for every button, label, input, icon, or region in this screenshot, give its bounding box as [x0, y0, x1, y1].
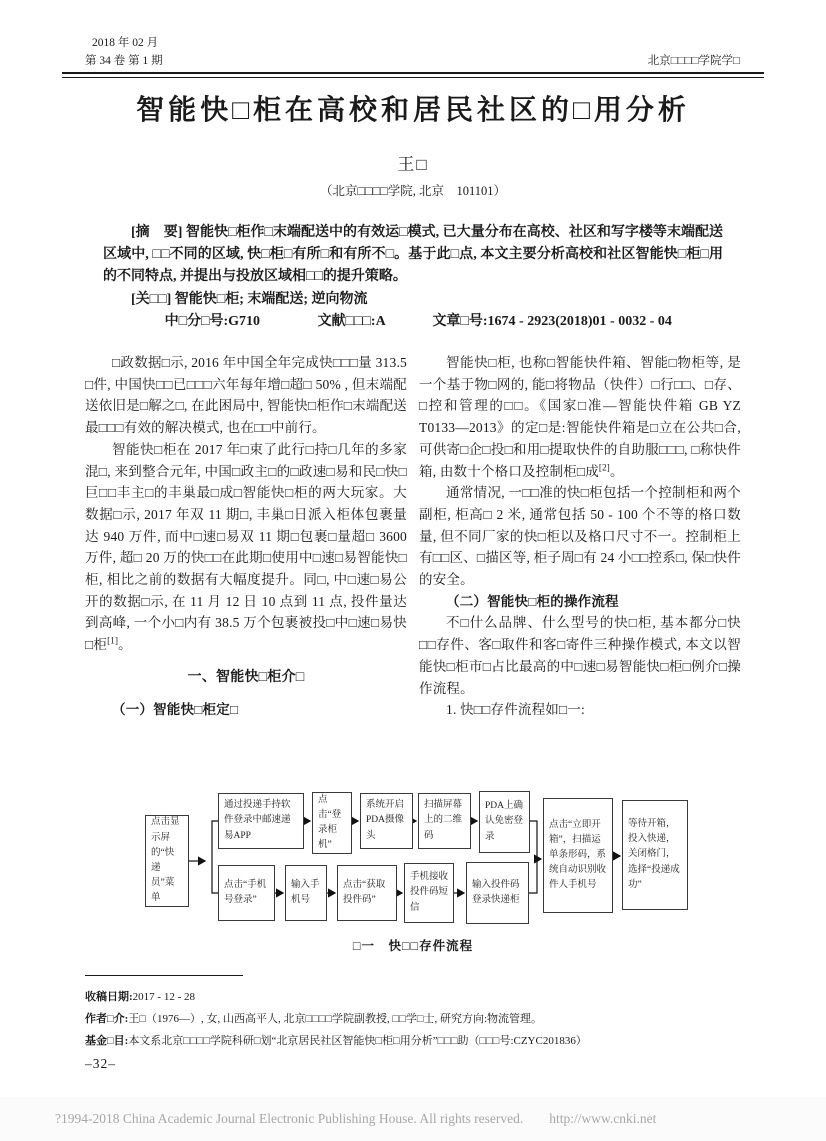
abstract-text: 智能快□柜作□末端配送中的有效运□模式, 已大量分布在高校、社区和写字楼等末端配… — [103, 225, 723, 284]
author-affiliation: （北京□□□□学院, 北京 101101） — [0, 181, 826, 199]
flowchart-box-end: 等待开箱，投入快递，关闭格门，选择“投递成功” — [622, 800, 688, 910]
abstract-label: [摘 要] — [131, 225, 182, 240]
copyright-text: ?1994-2018 China Academic Journal Electr… — [55, 1111, 523, 1126]
paragraph: 智能快□柜, 也称□智能快件箱、智能□物柜等, 是一个基于物□网的, 能□将物品… — [419, 352, 741, 482]
paragraph-text: 智能快□柜在 2017 年□束了此行□持□几年的多家混□, 来到整合元年, 中国… — [85, 442, 407, 652]
abstract-block: [摘 要] 智能快□柜作□末端配送中的有效运□模式, 已大量分布在高校、社区和写… — [103, 222, 723, 333]
flowchart-box-bottom-2: 输入手机号 — [285, 865, 327, 921]
footnote-fund-label: 基金□目: — [85, 1035, 128, 1047]
section-heading-1: 一、智能快□柜介□ — [85, 667, 407, 689]
footnote-received-label: 收稿日期: — [85, 991, 133, 1003]
header-double-rule — [62, 72, 764, 78]
paragraph-text: 。 — [118, 637, 132, 652]
keywords-paragraph: [关□□] 智能快□柜; 末端配送; 逆向物流 — [103, 289, 723, 311]
copyright-line: ?1994-2018 China Academic Journal Electr… — [55, 1111, 656, 1127]
page-number: –32– — [85, 1056, 116, 1072]
header-date: 2018 年 02 月 — [85, 34, 163, 52]
paragraph-text: 智能快□柜, 也称□智能快件箱、智能□物柜等, 是一个基于物□网的, 能□将物品… — [419, 355, 741, 479]
footnote-author: 作者□介:王□（1976—）, 女, 山西高平人, 北京□□□□学院副教授, □… — [85, 1008, 745, 1030]
abstract-paragraph: [摘 要] 智能快□柜作□末端配送中的有效运□模式, 已大量分布在高校、社区和写… — [103, 222, 723, 288]
flowchart-box-top-2: 点击“登录柜机” — [312, 792, 352, 854]
footnote-author-label: 作者□介: — [85, 1013, 128, 1025]
footnote-block: 收稿日期:2017 - 12 - 28 作者□介:王□（1976—）, 女, 山… — [85, 986, 745, 1052]
paragraph: 不□什么品牌、什么型号的快□柜, 基本都分□快□□存件、客□取件和客□寄件三种操… — [419, 612, 741, 699]
flowchart-box-bottom-1: 点击“手机号登录” — [218, 865, 275, 921]
copyright-url: http://www.cnki.net — [549, 1111, 656, 1126]
flowchart-box-bottom-3: 点击“获取投件码” — [337, 865, 397, 921]
left-column: □政数据□示, 2016 年中国全年完成快□□□量 313.5 □件, 中国快□… — [85, 352, 407, 720]
flowchart-box-top-3: 系统开启PDA摄像头 — [360, 793, 413, 849]
subsection-heading-1-1: （一）智能快□柜定□ — [85, 699, 407, 721]
footnote-fund-value: 本文系北京□□□□学院科研□划“北京居民社区智能快□柜□用分析”□□□助（□□□… — [128, 1035, 587, 1047]
header-left: 2018 年 02 月 第 34 卷 第 1 期 — [85, 34, 163, 70]
footnote-rule — [85, 975, 243, 976]
document-code: 文献□□□:A — [318, 314, 385, 329]
paragraph: 通常情况, 一□□准的快□柜包括一个控制柜和两个副柜, 柜高□ 2 米, 通常包… — [419, 482, 741, 591]
journal-page: 2018 年 02 月 第 34 卷 第 1 期 北京□□□□学院学□ 智能快□… — [0, 0, 826, 1141]
flowchart-box-start: 点击显示屏的“快递员”菜单 — [145, 815, 189, 907]
footnote-received-value: 2017 - 12 - 28 — [133, 991, 195, 1003]
citation-ref: [2] — [599, 462, 610, 472]
footnote-fund: 基金□目:本文系北京□□□□学院科研□划“北京居民社区智能快□柜□用分析”□□□… — [85, 1030, 745, 1052]
classification-line: 中□分□号:G710 文献□□□:A 文章□号:1674 - 2923(2018… — [103, 311, 723, 333]
paragraph: □政数据□示, 2016 年中国全年完成快□□□量 313.5 □件, 中国快□… — [85, 352, 407, 439]
author-name: 王□ — [0, 150, 826, 175]
paragraph-text: 。 — [610, 464, 624, 479]
copyright-strip: ?1994-2018 China Academic Journal Electr… — [0, 1097, 826, 1141]
subsection-heading-1-2: （二）智能快□柜的操作流程 — [419, 591, 741, 613]
header-issue: 第 34 卷 第 1 期 — [85, 52, 163, 70]
citation-ref: [1] — [107, 636, 118, 646]
flowchart-box-top-4: 扫描屏幕上的二维码 — [418, 793, 471, 849]
flowchart-box-top-5: PDA上确认免密登录 — [479, 791, 530, 853]
footnote-author-value: 王□（1976—）, 女, 山西高平人, 北京□□□□学院副教授, □□学□士,… — [128, 1013, 542, 1025]
figure-caption: □一 快□□存件流程 — [0, 936, 826, 954]
flowchart-box-bottom-5: 输入投件码登录快递柜 — [466, 862, 529, 924]
article-id: 文章□号:1674 - 2923(2018)01 - 0032 - 04 — [432, 314, 671, 329]
flowchart-box-top-1: 通过投递手持软件登录中邮速递易APP — [218, 793, 304, 849]
keywords-text: 智能快□柜; 末端配送; 逆向物流 — [171, 292, 367, 307]
paragraph: 智能快□柜在 2017 年□束了此行□持□几年的多家混□, 来到整合元年, 中国… — [85, 439, 407, 656]
footnote-received: 收稿日期:2017 - 12 - 28 — [85, 986, 745, 1008]
flowchart-box-merge: 点击“立即开箱”，扫描运单条形码，系统自动识别收件人手机号 — [543, 798, 613, 913]
keywords-label: [关□□] — [131, 292, 171, 307]
right-column: 智能快□柜, 也称□智能快件箱、智能□物柜等, 是一个基于物□网的, 能□将物品… — [419, 352, 741, 721]
list-item: 1. 快□□存件流程如□一: — [419, 699, 741, 721]
header-journal-name: 北京□□□□学院学□ — [648, 52, 740, 68]
flowchart-box-bottom-4: 手机接收投件码短信 — [404, 863, 454, 923]
paper-title: 智能快□柜在高校和居民社区的□用分析 — [0, 88, 826, 128]
figure-flowchart: 点击显示屏的“快递员”菜单 通过投递手持软件登录中邮速递易APP 点击“登录柜机… — [0, 788, 826, 933]
clc-number: 中□分□号:G710 — [165, 314, 260, 329]
